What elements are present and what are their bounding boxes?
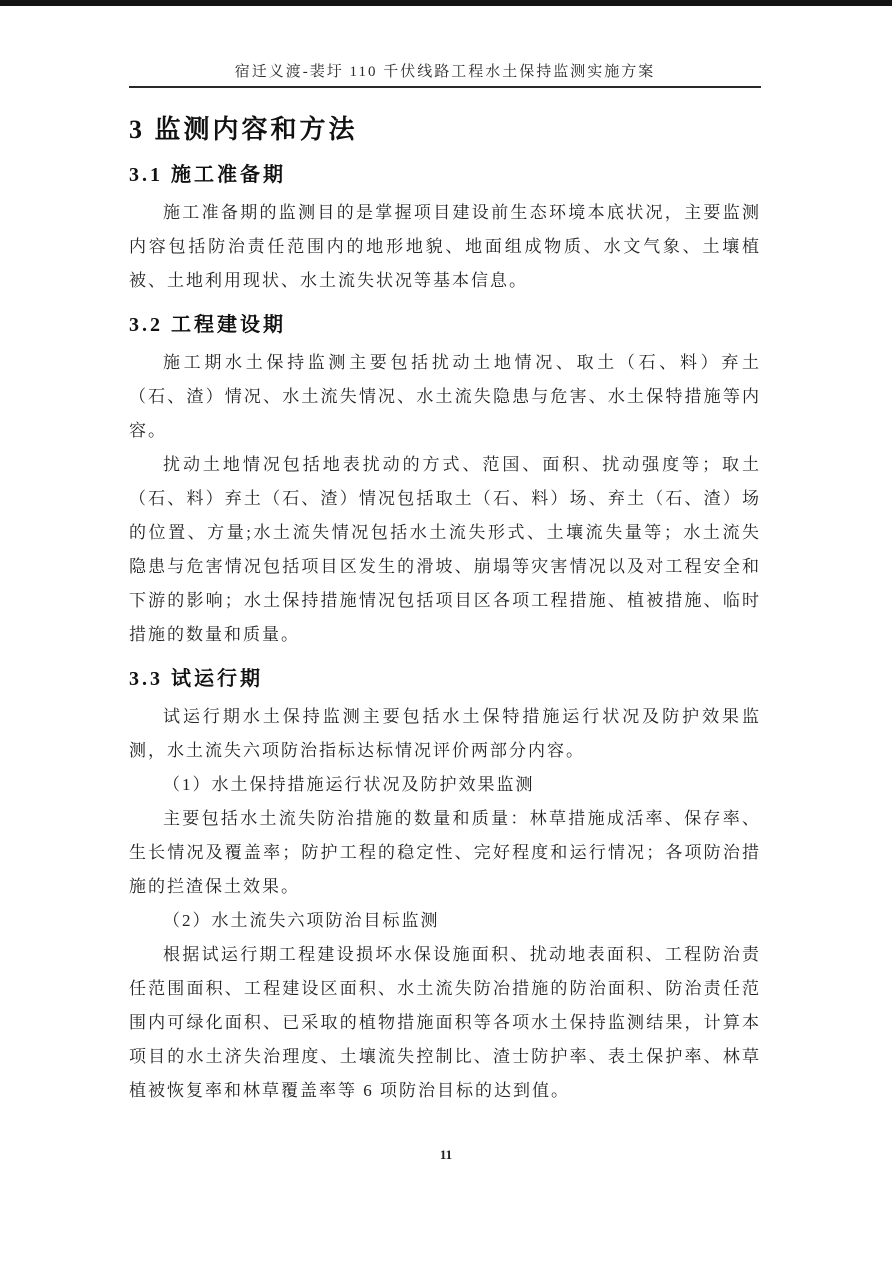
list-item-1-heading: （1）水土保持措施运行状况及防护效果监测 <box>129 768 761 802</box>
page-number: 11 <box>440 1147 452 1162</box>
running-header-title: 宿迁义渡-裴圩 110 千伏线路工程水土保持监测实施方案 <box>129 60 761 81</box>
section-heading-3-3: 3.3 试运行期 <box>129 664 761 694</box>
paragraph-3-2-2: 扰动土地情况包括地表扰动的方式、范国、面积、扰动强度等；取土（石、料）弃土（石、… <box>129 448 761 652</box>
paragraph-3-3-2: 主要包括水土流失防治措施的数量和质量：林草措施成活率、保存率、生长情况及覆盖率；… <box>129 802 761 904</box>
section-heading-3-1: 3.1 施工准备期 <box>129 160 761 190</box>
paragraph-3-1-1: 施工准备期的监测目的是掌握项目建设前生态环境本底状况，主要监测内容包括防治责任范… <box>129 196 761 298</box>
chapter-heading: 3 监测内容和方法 <box>129 112 761 148</box>
header-rule <box>129 86 761 88</box>
page-header: 宿迁义渡-裴圩 110 千伏线路工程水土保持监测实施方案 <box>129 0 761 88</box>
document-page: 宿迁义渡-裴圩 110 千伏线路工程水土保持监测实施方案 3 监测内容和方法 3… <box>0 0 892 1262</box>
section-heading-3-2: 3.2 工程建设期 <box>129 310 761 340</box>
list-item-2-heading: （2）水土流失六项防治目标监测 <box>129 904 761 938</box>
paragraph-3-2-1: 施工期水土保持监测主要包括扰动土地情况、取土（石、料）弃土（石、渣）情况、水土流… <box>129 346 761 448</box>
paragraph-3-3-3: 根据试运行期工程建设损坏水保设施面积、扰动地表面积、工程防治责任范围面积、工程建… <box>129 938 761 1108</box>
paragraph-3-3-1: 试运行期水土保持监测主要包括水土保特措施运行状况及防护效果监测，水土流失六项防治… <box>129 700 761 768</box>
scan-edge-artifact <box>0 0 892 6</box>
document-content: 3 监测内容和方法 3.1 施工准备期 施工准备期的监测目的是掌握项目建设前生态… <box>129 112 761 1108</box>
page-footer: 11 <box>0 1146 892 1164</box>
